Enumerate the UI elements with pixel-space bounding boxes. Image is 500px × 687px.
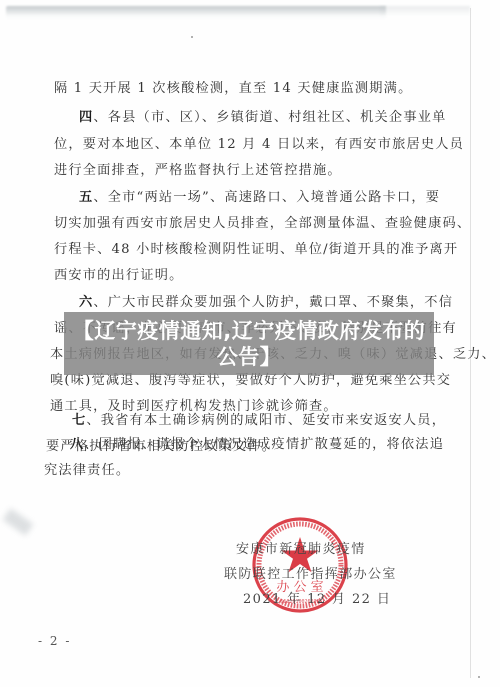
text-fragment: 、因瞒报、谎报个人情况造成疫情扩散蔓延的，将依法追 bbox=[84, 437, 444, 452]
text-fragment: 、我省有本土确诊病例的咸阳市、延安市来安返安人员， bbox=[86, 413, 446, 428]
text-fragment: 、全市“两站一场”、高速路口、入境普通公路卡口，要 bbox=[93, 190, 440, 205]
section-marker: 七 bbox=[72, 413, 86, 428]
text-line: 隔 1 天开展 1 次核酸检测，直至 14 天健康监测期满。 bbox=[54, 81, 412, 97]
paragraph-six-first-line: 六、广大市民群众要加强个人防护，戴口罩、不聚集，不信 bbox=[79, 295, 453, 311]
section-marker: 四 bbox=[79, 110, 93, 125]
paragraph-five-first-line: 五、全市“两站一场”、高速路口、入境普通公路卡口，要 bbox=[79, 190, 440, 206]
paragraph-seven-first-line: 七、我省有本土确诊病例的咸阳市、延安市来安返安人员， bbox=[72, 413, 446, 429]
scan-shadow-top-right bbox=[380, 6, 470, 16]
paper-edge bbox=[470, 8, 471, 678]
text-line: 进行全面排查，严格监督执行上述管控措施。 bbox=[54, 163, 342, 179]
paragraph-four-first-line: 四、各县（市、区）、乡镇街道、村组社区、机关企事业单 bbox=[79, 110, 446, 126]
signature-org-line2: 联防联控工作指挥部办公室 bbox=[224, 563, 397, 582]
text-line: 位，要对本地区、本单位 12 月 4 日以来，有西安市旅居史人员 bbox=[54, 137, 464, 153]
page-number: - 2 - bbox=[38, 634, 71, 648]
section-marker: 六 bbox=[79, 295, 93, 310]
section-marker: 五 bbox=[79, 190, 93, 205]
overlay-title-line2: 公告】 bbox=[217, 344, 282, 370]
scan-speck bbox=[191, 36, 193, 38]
signature-date: 2021 年 12 月 22 日 bbox=[243, 588, 391, 607]
signature-org-line1: 安康市新冠肺炎疫情 bbox=[236, 538, 366, 557]
scan-shadow-top bbox=[6, 6, 386, 20]
text-fragment: 、各县（市、区）、乡镇街道、村组社区、机关企事业单 bbox=[93, 110, 446, 125]
scan-smudge bbox=[3, 508, 34, 536]
text-line: 行程卡、48 小时核酸检测阴性证明、单位/街道开具的准予离开 bbox=[54, 242, 458, 258]
text-line: 西安市的出行证明。 bbox=[54, 268, 184, 284]
text-fragment: 、广大市民群众要加强个人防护，戴口罩、不聚集，不信 bbox=[93, 295, 453, 310]
document-page: 隔 1 天开展 1 次核酸检测，直至 14 天健康监测期满。 四、各县（市、区）… bbox=[0, 0, 500, 687]
text-line: 究法律责任。 bbox=[44, 463, 130, 479]
paragraph-eight-first-line: 八、因瞒报、谎报个人情况造成疫情扩散蔓延的，将依法追 bbox=[70, 437, 444, 453]
title-overlay-banner: 【辽宁疫情通知,辽宁疫情政府发布的 公告】 bbox=[64, 312, 434, 375]
scan-speck bbox=[478, 676, 480, 678]
text-line: 切实加强有西安市旅居史人员排查，全部测量体温、查验健康码、 bbox=[54, 216, 471, 232]
text-line: 嗅(味)觉减退、腹泻等症状，要做好个人防护，避免乘坐公共交 bbox=[50, 373, 451, 389]
section-marker: 八 bbox=[70, 437, 84, 452]
overlay-title-line1: 【辽宁疫情通知,辽宁疫情政府发布的 bbox=[73, 318, 425, 344]
